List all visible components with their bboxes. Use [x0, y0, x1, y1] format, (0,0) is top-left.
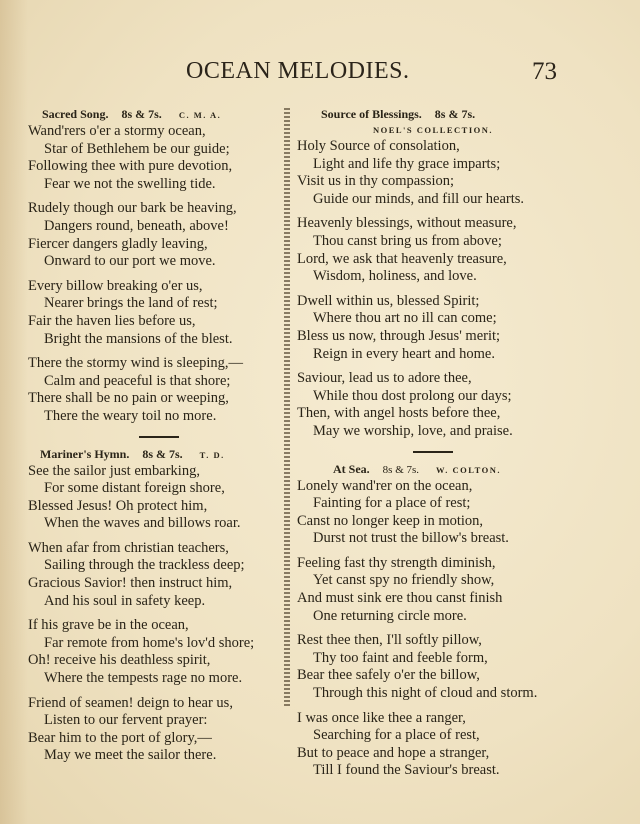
verse-line: But to peace and hope a stranger, [297, 745, 569, 763]
section-rule [413, 451, 453, 453]
hymn-meter: 8s & 7s. [121, 107, 161, 121]
hymn-mariners-hymn: Mariner's Hymn. 8s & 7s. T. D. See the s… [28, 446, 290, 766]
verse-line: Dwell within us, blessed Spirit; [297, 293, 569, 311]
stanza: Dwell within us, blessed Spirit; Where t… [297, 293, 569, 363]
verse-line: Feeling fast thy strength diminish, [297, 555, 569, 573]
hymn-title: Mariner's Hymn. [40, 447, 129, 461]
verse-line: Yet canst spy no friendly show, [297, 572, 569, 590]
hymn-author: T. D. [200, 450, 225, 460]
verse-line: Oh! receive his deathless spirit, [28, 652, 290, 670]
running-header: OCEAN MELODIES. 73 [0, 58, 640, 88]
book-page: OCEAN MELODIES. 73 Sacred Song. 8s & 7s.… [0, 0, 640, 824]
verse-line: Canst no longer keep in motion, [297, 513, 569, 531]
verse-line: Then, with angel hosts before thee, [297, 405, 569, 423]
verse-line: And his soul in safety keep. [28, 593, 290, 611]
right-column: Source of Blessings. 8s & 7s. NOEL'S COL… [297, 106, 569, 787]
hymn-title: Source of Blessings. [321, 107, 422, 121]
stanza: Rudely though our bark be heaving, Dange… [28, 200, 290, 270]
verse-line: Calm and peaceful is that shore; [28, 373, 290, 391]
hymn-sacred-song: Sacred Song. 8s & 7s. C. M. A. Wand'rers… [28, 106, 290, 426]
verse-line: There shall be no pain or weeping, [28, 390, 290, 408]
stanza: Lonely wand'rer on the ocean, Fainting f… [297, 478, 569, 548]
stanza: Feeling fast thy strength diminish, Yet … [297, 555, 569, 625]
verse-line: Dangers round, beneath, above! [28, 218, 290, 236]
hymn-source-of-blessings: Source of Blessings. 8s & 7s. NOEL'S COL… [297, 106, 569, 441]
page-number: 73 [532, 58, 557, 86]
stanza: See the sailor just embarking, For some … [28, 463, 290, 533]
verse-line: Rudely though our bark be heaving, [28, 200, 290, 218]
verse-line: Every billow breaking o'er us, [28, 278, 290, 296]
verse-line: Bear him to the port of glory,— [28, 730, 290, 748]
hymn-title: At Sea. [333, 462, 370, 476]
verse-line: Onward to our port we move. [28, 253, 290, 271]
verse-line: Fainting for a place of rest; [297, 495, 569, 513]
hymn-heading: Sacred Song. 8s & 7s. C. M. A. [28, 106, 290, 123]
stanza: When afar from christian teachers, Saili… [28, 540, 290, 610]
verse-line: Thou canst bring us from above; [297, 233, 569, 251]
verse-line: When afar from christian teachers, [28, 540, 290, 558]
verse-line: Lonely wand'rer on the ocean, [297, 478, 569, 496]
verse-line: Bright the mansions of the blest. [28, 331, 290, 349]
verse-line: Heavenly blessings, without measure, [297, 215, 569, 233]
stanza: If his grave be in the ocean, Far remote… [28, 617, 290, 687]
verse-line: Far remote from home's lov'd shore; [28, 635, 290, 653]
verse-line: Sailing through the trackless deep; [28, 557, 290, 575]
verse-line: If his grave be in the ocean, [28, 617, 290, 635]
verse-line: Lord, we ask that heavenly treasure, [297, 251, 569, 269]
stanza: Friend of seamen! deign to hear us, List… [28, 695, 290, 765]
verse-line: When the waves and billows roar. [28, 515, 290, 533]
verse-line: Guide our minds, and fill our hearts. [297, 191, 569, 209]
hymn-meter: 8s & 7s. [142, 447, 182, 461]
verse-line: One returning circle more. [297, 608, 569, 626]
verse-line: Gracious Savior! then instruct him, [28, 575, 290, 593]
hymn-source: NOEL'S COLLECTION. [297, 123, 569, 138]
verse-line: Where the tempests rage no more. [28, 670, 290, 688]
verse-line: Wand'rers o'er a stormy ocean, [28, 123, 290, 141]
verse-line: May we worship, love, and praise. [297, 423, 569, 441]
verse-line: For some distant foreign shore, [28, 480, 290, 498]
verse-line: Rest thee then, I'll softly pillow, [297, 632, 569, 650]
verse-line: Till I found the Saviour's breast. [297, 762, 569, 780]
hymn-meter: 8s & 7s. [435, 107, 475, 121]
verse-line: Saviour, lead us to adore thee, [297, 370, 569, 388]
verse-line: Fair the haven lies before us, [28, 313, 290, 331]
verse-line: Star of Bethlehem be our guide; [28, 141, 290, 159]
verse-line: Wisdom, holiness, and love. [297, 268, 569, 286]
verse-line: Fiercer dangers gladly leaving, [28, 236, 290, 254]
verse-line: There the stormy wind is sleeping,— [28, 355, 290, 373]
hymn-at-sea: At Sea. 8s & 7s. W. COLTON. Lonely wand'… [297, 461, 569, 781]
verse-line: Visit us in thy compassion; [297, 173, 569, 191]
verse-line: I was once like thee a ranger, [297, 710, 569, 728]
verse-line: Reign in every heart and home. [297, 346, 569, 364]
verse-line: Bear thee safely o'er the billow, [297, 667, 569, 685]
stanza: Every billow breaking o'er us, Nearer br… [28, 278, 290, 348]
verse-line: Nearer brings the land of rest; [28, 295, 290, 313]
stanza: Wand'rers o'er a stormy ocean, Star of B… [28, 123, 290, 193]
verse-line: Light and life thy grace imparts; [297, 156, 569, 174]
stanza: I was once like thee a ranger, Searching… [297, 710, 569, 780]
verse-line: Durst not trust the billow's breast. [297, 530, 569, 548]
hymn-author: W. COLTON. [436, 465, 501, 475]
left-column: Sacred Song. 8s & 7s. C. M. A. Wand'rers… [28, 106, 290, 772]
verse-line: Searching for a place of rest, [297, 727, 569, 745]
verse-line: Bless us now, through Jesus' merit; [297, 328, 569, 346]
stanza: Heavenly blessings, without measure, Tho… [297, 215, 569, 285]
verse-line: See the sailor just embarking, [28, 463, 290, 481]
verse-line: Listen to our fervent prayer: [28, 712, 290, 730]
hymn-heading: Source of Blessings. 8s & 7s. [297, 106, 569, 123]
section-rule [139, 436, 179, 438]
verse-line: Fear we not the swelling tide. [28, 176, 290, 194]
verse-line: Where thou art no ill can come; [297, 310, 569, 328]
verse-line: Thy too faint and feeble form, [297, 650, 569, 668]
hymn-author: C. M. A. [179, 110, 221, 120]
hymn-heading: Mariner's Hymn. 8s & 7s. T. D. [28, 446, 290, 463]
verse-line: May we meet the sailor there. [28, 747, 290, 765]
page-gutter-shadow [0, 0, 28, 824]
verse-line: There the weary toil no more. [28, 408, 290, 426]
stanza: Holy Source of consolation, Light and li… [297, 138, 569, 208]
hymn-meter: 8s & 7s. [383, 464, 419, 476]
verse-line: While thou dost prolong our days; [297, 388, 569, 406]
verse-line: Friend of seamen! deign to hear us, [28, 695, 290, 713]
verse-line: And must sink ere thou canst finish [297, 590, 569, 608]
hymn-title: Sacred Song. [42, 107, 108, 121]
stanza: Rest thee then, I'll softly pillow, Thy … [297, 632, 569, 702]
verse-line: Following thee with pure devotion, [28, 158, 290, 176]
verse-line: Through this night of cloud and storm. [297, 685, 569, 703]
stanza: Saviour, lead us to adore thee, While th… [297, 370, 569, 440]
verse-line: Holy Source of consolation, [297, 138, 569, 156]
hymn-heading: At Sea. 8s & 7s. W. COLTON. [297, 461, 569, 478]
running-title: OCEAN MELODIES. [186, 58, 410, 85]
stanza: There the stormy wind is sleeping,— Calm… [28, 355, 290, 425]
verse-line: Blessed Jesus! Oh protect him, [28, 498, 290, 516]
